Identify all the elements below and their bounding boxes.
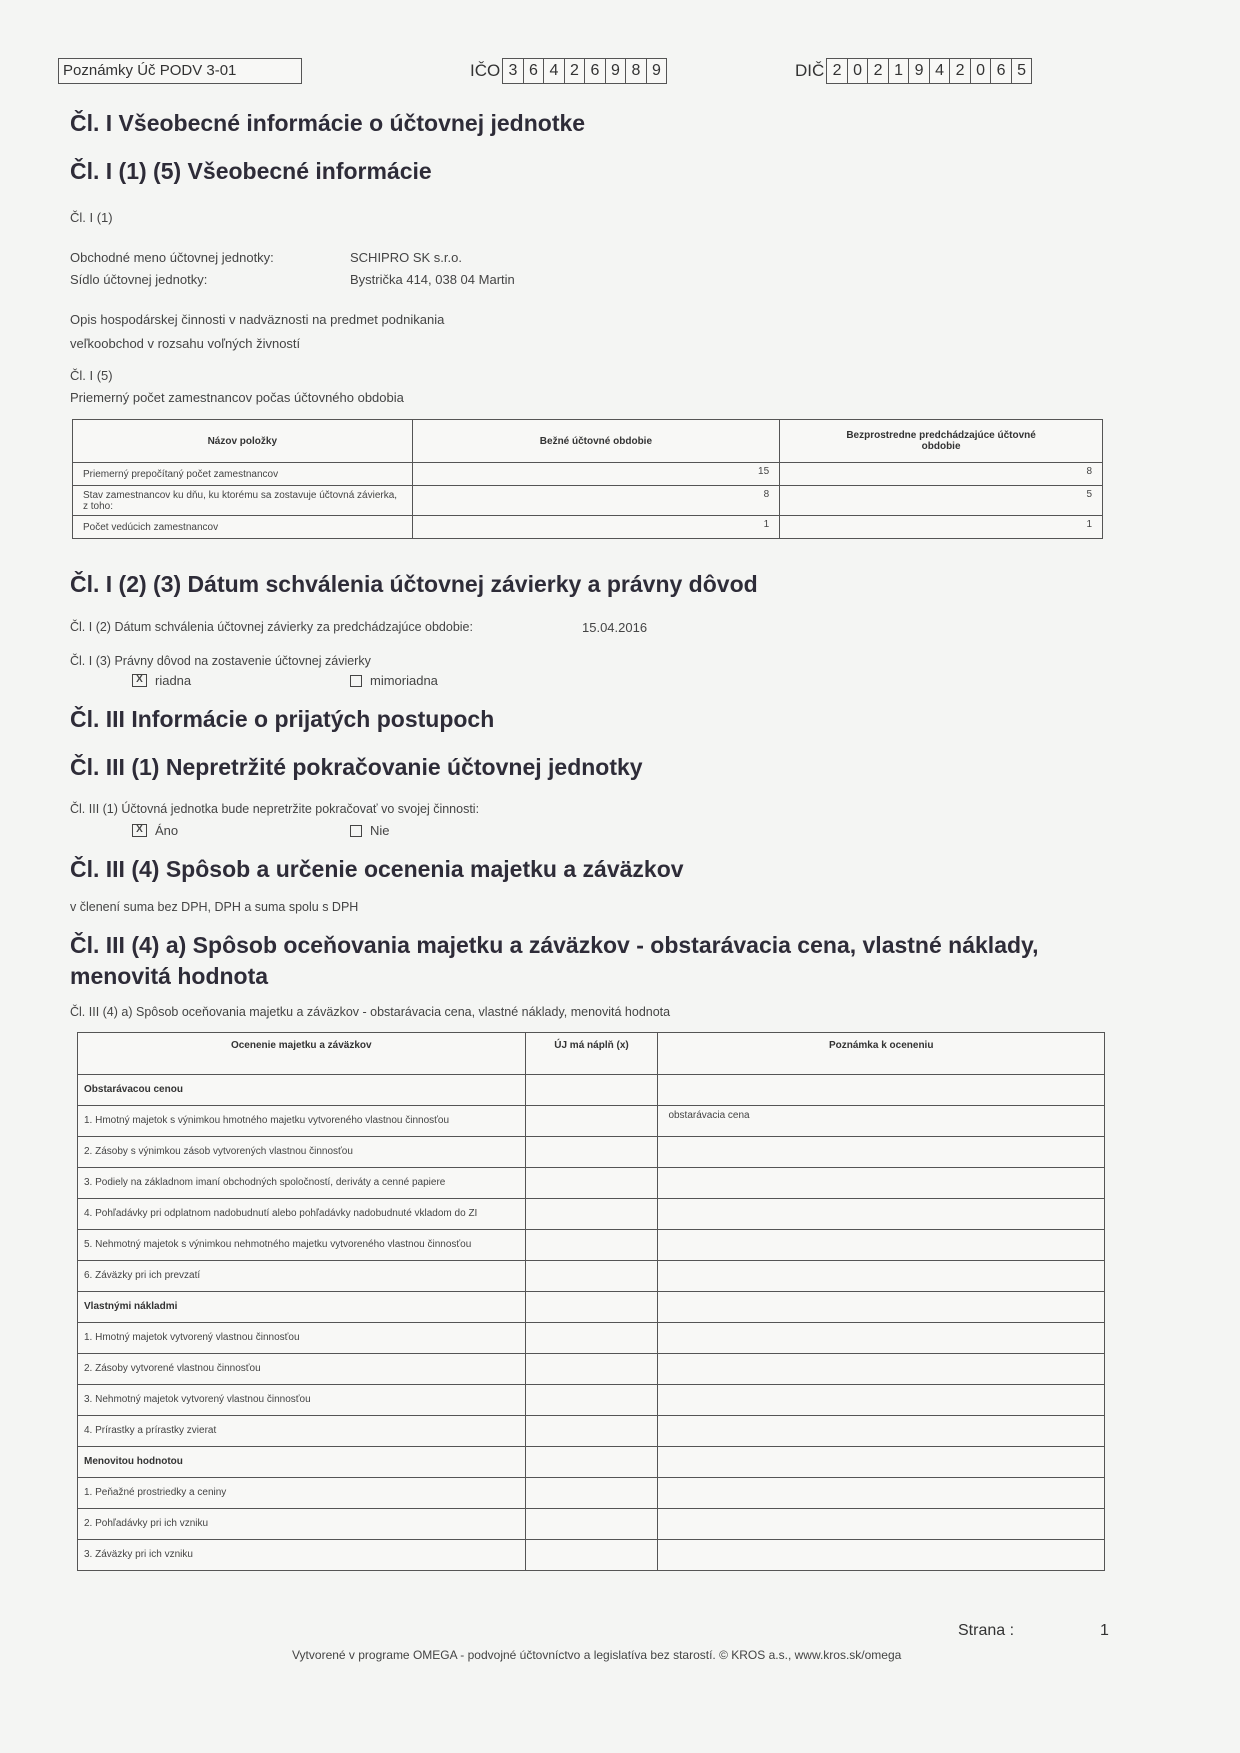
ref-label: Čl. I (1) bbox=[70, 210, 113, 225]
valuation-note bbox=[658, 1199, 1105, 1230]
company-name-label: Obchodné meno účtovnej jednotky: bbox=[70, 250, 274, 265]
ref-label: Čl. I (5) bbox=[70, 368, 113, 383]
has-content-mark bbox=[525, 1230, 658, 1261]
valuation-note bbox=[658, 1385, 1105, 1416]
checkbox-label: Áno bbox=[155, 823, 178, 838]
digit-cell: 8 bbox=[625, 59, 646, 83]
company-seat-value: Bystrička 414, 038 04 Martin bbox=[350, 272, 515, 287]
column-header: Názov položky bbox=[73, 420, 413, 463]
digit-cell: 1 bbox=[888, 59, 909, 83]
previous-period-value: 5 bbox=[780, 486, 1103, 516]
employees-table: Názov položky Bežné účtovné obdobie Bezp… bbox=[72, 419, 1103, 539]
table-row: 3. Záväzky pri ich vzniku bbox=[78, 1540, 1105, 1571]
row-label: 2. Zásoby vytvorené vlastnou činnosťou bbox=[78, 1354, 526, 1385]
valuation-note bbox=[658, 1447, 1105, 1478]
valuation-note: obstarávacia cena bbox=[658, 1106, 1105, 1137]
digit-cell: 6 bbox=[990, 59, 1011, 83]
page-number: 1 bbox=[1100, 1622, 1109, 1640]
section-title: Čl. III Informácie o prijatých postupoch bbox=[70, 706, 494, 733]
ico-field: IČO 36426989 bbox=[470, 58, 667, 84]
table-row: Počet vedúcich zamestnancov11 bbox=[73, 516, 1103, 539]
digit-cell: 4 bbox=[929, 59, 950, 83]
section-title: Čl. I (2) (3) Dátum schválenia účtovnej … bbox=[70, 571, 758, 598]
has-content-mark bbox=[525, 1540, 658, 1571]
column-header: ÚJ má náplň (x) bbox=[525, 1033, 658, 1075]
digit-cell: 2 bbox=[564, 59, 585, 83]
table-row: 1. Hmotný majetok s výnimkou hmotného ma… bbox=[78, 1106, 1105, 1137]
checkbox-label: Nie bbox=[370, 823, 390, 838]
form-label: Poznámky Úč PODV 3-01 bbox=[58, 58, 302, 84]
digit-cell: 6 bbox=[584, 59, 605, 83]
table-row: 4. Prírastky a prírastky zvierat bbox=[78, 1416, 1105, 1447]
valuation-note bbox=[658, 1137, 1105, 1168]
has-content-mark bbox=[525, 1416, 658, 1447]
employees-label: Priemerný počet zamestnancov počas účtov… bbox=[70, 390, 404, 405]
row-label: Počet vedúcich zamestnancov bbox=[73, 516, 413, 539]
valuation-note bbox=[658, 1509, 1105, 1540]
row-label: 4. Pohľadávky pri odplatnom nadobudnutí … bbox=[78, 1199, 526, 1230]
digit-cell: 5 bbox=[1011, 59, 1032, 83]
has-content-mark bbox=[525, 1075, 658, 1106]
valuation-note bbox=[658, 1540, 1105, 1571]
digit-cell: 2 bbox=[827, 59, 847, 83]
row-label: 2. Zásoby s výnimkou zásob vytvorených v… bbox=[78, 1137, 526, 1168]
table-row: 2. Zásoby vytvorené vlastnou činnosťou bbox=[78, 1354, 1105, 1385]
dic-field: DIČ 2021942065 bbox=[795, 58, 1032, 84]
previous-period-value: 1 bbox=[780, 516, 1103, 539]
group-label: Menovitou hodnotou bbox=[78, 1447, 526, 1478]
section-subtitle: Čl. III (4) Spôsob a určenie ocenenia ma… bbox=[70, 856, 684, 883]
digit-cell: 6 bbox=[523, 59, 544, 83]
row-label: 4. Prírastky a prírastky zvierat bbox=[78, 1416, 526, 1447]
approval-date-value: 15.04.2016 bbox=[582, 620, 647, 635]
section-ref: Čl. III (4) a) Spôsob oceňovania majetku… bbox=[70, 1005, 670, 1019]
current-period-value: 15 bbox=[412, 463, 780, 486]
column-header: Poznámka k oceneniu bbox=[658, 1033, 1105, 1075]
checkbox-label: riadna bbox=[155, 673, 191, 688]
column-header: Bežné účtovné obdobie bbox=[412, 420, 780, 463]
valuation-note bbox=[658, 1230, 1105, 1261]
row-label: 3. Podiely na základnom imaní obchodných… bbox=[78, 1168, 526, 1199]
valuation-note bbox=[658, 1323, 1105, 1354]
has-content-mark bbox=[525, 1323, 658, 1354]
group-row: Menovitou hodnotou bbox=[78, 1447, 1105, 1478]
checkbox-icon[interactable] bbox=[350, 825, 362, 837]
section-subtitle: Čl. III (4) a) Spôsob oceňovania majetku… bbox=[70, 930, 1070, 992]
group-label: Vlastnými nákladmi bbox=[78, 1292, 526, 1323]
digit-cell: 9 bbox=[605, 59, 626, 83]
previous-period-value: 8 bbox=[780, 463, 1103, 486]
section-title: Čl. I Všeobecné informácie o účtovnej je… bbox=[70, 110, 585, 137]
checkbox-option[interactable]: Nie bbox=[350, 823, 568, 838]
dic-digits: 2021942065 bbox=[826, 58, 1032, 84]
digit-cell: 2 bbox=[949, 59, 970, 83]
row-label: 2. Pohľadávky pri ich vzniku bbox=[78, 1509, 526, 1540]
column-header: Bezprostredne predchádzajúce účtovné obd… bbox=[780, 420, 1103, 463]
digit-cell: 4 bbox=[543, 59, 564, 83]
row-label: 6. Záväzky pri ich prevzatí bbox=[78, 1261, 526, 1292]
digit-cell: 9 bbox=[646, 59, 667, 83]
table-row: 5. Nehmotný majetok s výnimkou nehmotnéh… bbox=[78, 1230, 1105, 1261]
has-content-mark bbox=[525, 1137, 658, 1168]
has-content-mark bbox=[525, 1261, 658, 1292]
approval-date-label: Čl. I (2) Dátum schválenia účtovnej závi… bbox=[70, 620, 473, 634]
table-row: 2. Pohľadávky pri ich vzniku bbox=[78, 1509, 1105, 1540]
has-content-mark bbox=[525, 1478, 658, 1509]
row-label: 3. Nehmotný majetok vytvorený vlastnou č… bbox=[78, 1385, 526, 1416]
valuation-note bbox=[658, 1354, 1105, 1385]
checkbox-icon[interactable]: X bbox=[132, 824, 147, 837]
ico-digits: 36426989 bbox=[502, 58, 667, 84]
checkbox-icon[interactable] bbox=[350, 675, 362, 687]
table-row: 4. Pohľadávky pri odplatnom nadobudnutí … bbox=[78, 1199, 1105, 1230]
company-name-value: SCHIPRO SK s.r.o. bbox=[350, 250, 462, 265]
valuation-note bbox=[658, 1261, 1105, 1292]
checkbox-option[interactable]: mimoriadna bbox=[350, 673, 568, 688]
has-content-mark bbox=[525, 1292, 658, 1323]
valuation-note bbox=[658, 1075, 1105, 1106]
digit-cell: 2 bbox=[867, 59, 888, 83]
table-row: 2. Zásoby s výnimkou zásob vytvorených v… bbox=[78, 1137, 1105, 1168]
has-content-mark bbox=[525, 1354, 658, 1385]
activity-label: Opis hospodárskej činnosti v nadväznosti… bbox=[70, 312, 444, 327]
valuation-note bbox=[658, 1292, 1105, 1323]
section-subtitle: Čl. III (1) Nepretržité pokračovanie účt… bbox=[70, 754, 643, 781]
row-label: 1. Hmotný majetok s výnimkou hmotného ma… bbox=[78, 1106, 526, 1137]
valuation-note bbox=[658, 1478, 1105, 1509]
valuation-note bbox=[658, 1416, 1105, 1447]
company-seat-label: Sídlo účtovnej jednotky: bbox=[70, 272, 207, 287]
current-period-value: 1 bbox=[412, 516, 780, 539]
has-content-mark bbox=[525, 1168, 658, 1199]
table-row: 6. Záväzky pri ich prevzatí bbox=[78, 1261, 1105, 1292]
checkbox-option[interactable]: XÁno bbox=[132, 823, 350, 838]
page-label: Strana : bbox=[958, 1622, 1014, 1640]
digit-cell: 3 bbox=[503, 59, 523, 83]
dic-label: DIČ bbox=[795, 61, 824, 81]
table-row: Stav zamestnancov ku dňu, ku ktorému sa … bbox=[73, 486, 1103, 516]
valuation-note bbox=[658, 1168, 1105, 1199]
ico-label: IČO bbox=[470, 61, 500, 81]
current-period-value: 8 bbox=[412, 486, 780, 516]
table-row: 3. Nehmotný majetok vytvorený vlastnou č… bbox=[78, 1385, 1105, 1416]
digit-cell: 0 bbox=[847, 59, 868, 83]
has-content-mark bbox=[525, 1106, 658, 1137]
legal-reason-options: Xriadnamimoriadna bbox=[132, 673, 568, 688]
group-label: Obstarávacou cenou bbox=[78, 1075, 526, 1106]
has-content-mark bbox=[525, 1509, 658, 1540]
group-row: Vlastnými nákladmi bbox=[78, 1292, 1105, 1323]
row-label: 3. Záväzky pri ich vzniku bbox=[78, 1540, 526, 1571]
has-content-mark bbox=[525, 1447, 658, 1478]
continuity-label: Čl. III (1) Účtovná jednotka bude nepret… bbox=[70, 802, 479, 816]
checkbox-option[interactable]: Xriadna bbox=[132, 673, 350, 688]
table-row: 1. Hmotný majetok vytvorený vlastnou čin… bbox=[78, 1323, 1105, 1354]
section-subtitle: Čl. I (1) (5) Všeobecné informácie bbox=[70, 158, 432, 185]
legal-reason-label: Čl. I (3) Právny dôvod na zostavenie účt… bbox=[70, 654, 371, 668]
row-label: 1. Peňažné prostriedky a ceniny bbox=[78, 1478, 526, 1509]
row-label: Stav zamestnancov ku dňu, ku ktorému sa … bbox=[73, 486, 413, 516]
has-content-mark bbox=[525, 1385, 658, 1416]
footer-credit: Vytvorené v programe OMEGA - podvojné úč… bbox=[292, 1648, 901, 1662]
has-content-mark bbox=[525, 1199, 658, 1230]
row-label: Priemerný prepočítaný počet zamestnancov bbox=[73, 463, 413, 486]
section-note: v členení suma bez DPH, DPH a suma spolu… bbox=[70, 900, 358, 914]
row-label: 5. Nehmotný majetok s výnimkou nehmotnéh… bbox=[78, 1230, 526, 1261]
valuation-table: Ocenenie majetku a záväzkov ÚJ má náplň … bbox=[77, 1032, 1105, 1571]
table-row: Priemerný prepočítaný počet zamestnancov… bbox=[73, 463, 1103, 486]
column-header: Ocenenie majetku a záväzkov bbox=[78, 1033, 526, 1075]
group-row: Obstarávacou cenou bbox=[78, 1075, 1105, 1106]
continuity-options: XÁnoNie bbox=[132, 823, 568, 838]
table-row: 1. Peňažné prostriedky a ceniny bbox=[78, 1478, 1105, 1509]
checkbox-icon[interactable]: X bbox=[132, 674, 147, 687]
table-row: 3. Podiely na základnom imaní obchodných… bbox=[78, 1168, 1105, 1199]
activity-value: veľkoobchod v rozsahu voľných živností bbox=[70, 336, 300, 351]
checkbox-label: mimoriadna bbox=[370, 673, 438, 688]
row-label: 1. Hmotný majetok vytvorený vlastnou čin… bbox=[78, 1323, 526, 1354]
digit-cell: 9 bbox=[908, 59, 929, 83]
digit-cell: 0 bbox=[970, 59, 991, 83]
